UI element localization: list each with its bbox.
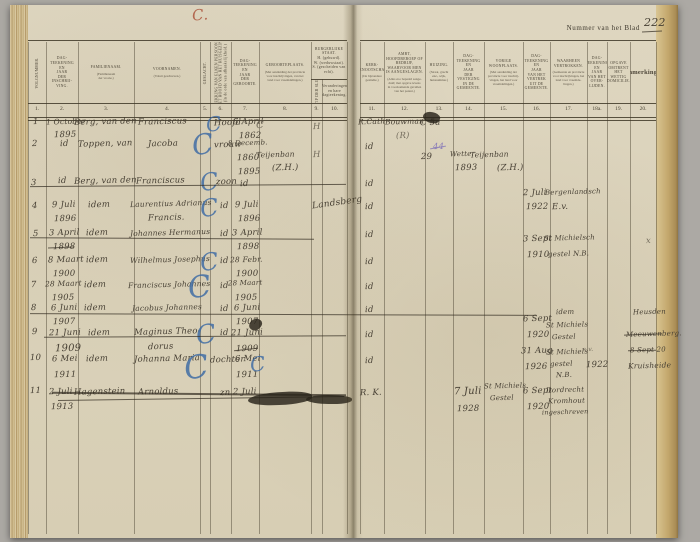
handwriting-text: 8 Decemb. <box>228 138 268 147</box>
handwriting-text: 1922 <box>526 202 549 213</box>
handwriting-text: E.v. <box>552 202 568 212</box>
scan-surface: C. Nummer van het Blad 222 VOLGNUMMER.1.… <box>0 0 700 542</box>
column-header: FAMILIENAAM.(Familienaamder vrouw.) <box>78 42 134 103</box>
column-title-line: GEBOORTEPLAATS. <box>266 63 305 68</box>
column-subtitle-line: van het patent.) <box>394 89 414 93</box>
handwriting-text: id <box>58 176 67 186</box>
column-title-line: Aanmerkingen. <box>630 69 656 76</box>
column-number: 20. <box>630 104 656 118</box>
handwriting-text: id <box>365 282 374 292</box>
handwriting-text: 1922 <box>586 360 609 371</box>
handwriting-text: C <box>256 120 264 131</box>
handwriting-text: Toppen, van <box>78 138 133 149</box>
index-letter-handwritten: C. <box>191 5 209 24</box>
handwriting-text: id <box>365 257 374 267</box>
column-title-line: LIJDEN. <box>589 84 605 89</box>
handwriting-text: 1928 <box>457 404 480 415</box>
column-subtitle-line: gezindte.) <box>365 78 378 82</box>
handwriting-text: gestel N.B. <box>548 249 589 258</box>
column-header: DAG-TEEKENINGENJAARDERINSCHRIJ-VING. <box>46 42 78 103</box>
ink-blot <box>306 394 352 405</box>
handwriting-text: Teijenban <box>256 149 295 159</box>
column-title-line: GENOOTSCHAP. <box>360 68 384 73</box>
column-subtitle-line: vreemdelingen.) <box>493 82 515 86</box>
column-subtitle-line: (Voluit geschreven.) <box>154 74 181 78</box>
handwriting-text: 1905 <box>235 293 258 304</box>
handwriting-text: 6 <box>32 256 38 266</box>
strike-through-mark <box>30 313 536 316</box>
group-header-line: BURGERLIJKE STAAT. <box>311 47 347 56</box>
column-header: Veranderingenen haredagteekening. <box>322 79 347 103</box>
column-header: GEBOORTEPLAATS.(Met aanduiding der provi… <box>259 42 311 103</box>
handwriting-text: ingeschreven <box>542 407 589 416</box>
handwriting-text: Bergenlandsch <box>545 187 601 196</box>
handwriting-text: Berg, van den <box>74 116 137 128</box>
handwriting-text: Johannes Hermanus <box>130 227 210 238</box>
handwriting-text: R.Cath <box>358 117 386 127</box>
column-header: BETREKKING VAN ELKEN PERSOON TOTHET HOOF… <box>210 42 231 103</box>
handwriting-text: 6 Juni <box>234 303 261 314</box>
handwriting-text: St Michiels <box>546 347 588 356</box>
handwriting-text: 2 <box>32 139 38 149</box>
handwriting-text: id <box>365 230 374 240</box>
handwriting-text: St Michielsch <box>544 233 595 242</box>
handwriting-text: Gestel <box>552 333 576 342</box>
handwriting-text: 1 <box>33 117 39 127</box>
column-header: KERK-GENOOTSCHAP.(De bijzonderegezindte.… <box>360 42 384 103</box>
column-number: 10. <box>322 104 347 118</box>
column-title-line: dagteekening. <box>322 93 346 98</box>
handwriting-text: St Michiels <box>484 381 526 390</box>
column-subtitle-line: lingen.) <box>563 82 573 86</box>
handwriting-text: id <box>220 304 229 314</box>
scanned-register-spread: C. Nummer van het Blad 222 VOLGNUMMER.1.… <box>0 0 700 542</box>
handwriting-text: (Z.H.) <box>272 163 299 174</box>
handwriting-text: 28 Maart <box>228 279 263 288</box>
horizontal-rule-line <box>360 40 656 41</box>
column-header: DAG-TEEKENINGENJAARDERVESTIGINGIN DEGEME… <box>453 42 484 103</box>
handwriting-text: 7 Juli <box>454 386 482 398</box>
handwriting-text: 3 April <box>232 228 263 239</box>
handwriting-text: id <box>60 139 69 149</box>
column-header: DAG-TEEKENINGENJAARDERGEBOORTE. <box>231 42 259 103</box>
handwriting-text: idem <box>86 255 108 266</box>
column-title-line: GEMEENTE. <box>457 86 481 91</box>
handwriting-text: 1907 <box>53 317 76 328</box>
column-subtitle-line: huisnummer.) <box>430 78 448 82</box>
column-header: GESLACHT. <box>200 42 210 103</box>
column-title-line: GEBOORTE. <box>233 82 256 87</box>
handwriting-text: idem <box>88 200 110 211</box>
handwriting-text: id <box>365 356 374 366</box>
handwriting-text: idem <box>84 280 106 291</box>
sheet-number-label: Nummer van het Blad <box>540 24 640 32</box>
handwriting-text: Bouwman <box>385 116 424 126</box>
handwriting-text: Kromhout <box>548 397 585 406</box>
column-title-line: IS AANGESLAGEN. <box>386 70 423 75</box>
column-title-line: DOMICILIE. <box>607 79 630 84</box>
handwriting-text: id <box>365 179 374 189</box>
column-number: 8. <box>259 104 311 118</box>
column-title-line: VOLGNUMMER. <box>35 57 39 88</box>
handwriting-text: 1893 <box>455 163 478 174</box>
column-rule-line <box>322 79 323 534</box>
handwriting-text: 28 Febr. <box>230 255 263 265</box>
handwriting-text: Gestel <box>490 394 514 403</box>
handwriting-text: R. K. <box>360 388 382 399</box>
handwriting-text: 9 Juli <box>52 200 76 211</box>
column-number: 18a. <box>587 104 607 118</box>
handwriting-text: id <box>365 330 374 340</box>
blue-c-mark: C <box>186 269 214 307</box>
handwriting-text: 8 Maart <box>48 255 84 266</box>
handwriting-text: 11 <box>30 386 41 396</box>
column-title-line: FAMILIENAAM. <box>91 65 122 70</box>
handwriting-text: N.B. <box>556 371 572 379</box>
handwriting-text: 1911 <box>54 370 77 381</box>
handwriting-text: idem <box>86 354 108 365</box>
handwriting-text: 10 <box>30 353 41 363</box>
strike-through-mark <box>44 335 346 338</box>
column-title-line: GESLACHT. <box>203 61 207 84</box>
handwriting-text: 7 <box>31 280 37 290</box>
handwriting-text: 1896 <box>238 214 261 225</box>
group-header-line: S. (gescheiden van echt). <box>311 65 347 74</box>
column-rule-line <box>656 42 657 534</box>
handwriting-text: 4 <box>32 201 38 211</box>
handwriting-text: 6 Juni <box>51 303 78 314</box>
blue-c-mark: C <box>190 127 216 163</box>
column-header: Aanmerkingen. <box>630 42 656 103</box>
handwriting-text: id <box>220 201 229 211</box>
column-header: VORIGEWOONPLAATS.(Met aanduiding derprov… <box>484 42 523 103</box>
handwriting-text: (Z.H.) <box>497 163 524 174</box>
handwriting-text: Dordrecht <box>546 386 584 395</box>
handwriting-text: idem <box>84 303 106 314</box>
column-title-line: TIJDSTIP DER SLUITING. <box>314 79 318 103</box>
blue-c-mark: C <box>198 167 220 197</box>
handwriting-text: St Michiels <box>546 320 588 329</box>
blue-c-mark: C <box>198 193 220 223</box>
column-header: DAG-TEEKENINGENJAARVAN HETVERTREKUIT DEG… <box>523 42 550 103</box>
column-title-line: HUIZING. <box>430 63 449 68</box>
column-subtitle-line: der vrouw.) <box>98 76 113 80</box>
handwriting-text: 1926 <box>525 362 548 373</box>
handwriting-text: 1905 <box>52 293 75 304</box>
handwriting-text: 9 <box>32 327 38 337</box>
handwriting-text: 1898 <box>237 242 260 253</box>
handwriting-text: H <box>313 150 321 160</box>
column-header: TIJDSTIP DER SLUITING. <box>311 79 322 103</box>
handwriting-text: Kruisheide <box>628 360 671 370</box>
handwriting-text: 2 Juli <box>523 188 547 199</box>
handwriting-text: id <box>365 202 374 212</box>
handwriting-text: 1910 <box>527 250 550 261</box>
handwriting-text: id <box>365 142 374 152</box>
handwriting-text: Heusden <box>633 308 666 317</box>
column-header: OPGAVEOMTRENTHETWETTIGDOMICILIE. <box>607 42 630 103</box>
column-header: HUIZING.(Straat, grachtenz., wijk,huisnu… <box>425 42 453 103</box>
handwriting-text: 8 <box>31 303 37 313</box>
handwriting-text: Teijenban <box>470 149 509 159</box>
handwriting-text: 9 Juli <box>235 200 259 211</box>
group-header-burgerlijke-staat: BURGERLIJKE STAAT.H. (gehuwd).W. (weduws… <box>311 42 347 79</box>
handwriting-text: dorus <box>148 342 174 353</box>
column-number: 1. <box>28 104 46 118</box>
strike-through-mark <box>30 237 314 239</box>
column-title-line: (In de orde van afhankelijkheid.) <box>223 42 227 103</box>
handwriting-text: 1900 <box>53 269 76 280</box>
handwriting-text: 1920 <box>527 330 550 341</box>
column-header: VOLGNUMMER. <box>28 42 46 103</box>
column-number: 16. <box>523 104 550 118</box>
column-title-line: HET HOOFD VAN HET HUISGEZIN. <box>218 42 222 103</box>
handwriting-text: 1896 <box>54 214 77 225</box>
handwriting-text: id <box>220 256 229 266</box>
column-title-line: GEMEENTE. <box>525 86 549 91</box>
handwriting-text: Landsberg <box>312 195 363 212</box>
column-number: 17. <box>550 104 587 118</box>
handwriting-text: s.v. <box>583 346 594 353</box>
handwriting-text: 1895 <box>238 167 261 178</box>
strike-through-mark <box>642 30 662 32</box>
column-number: 15. <box>484 104 523 118</box>
column-title-line: VERTROKKEN. <box>554 64 583 69</box>
column-title-line: BETREKKING VAN ELKEN PERSOON TOT <box>214 42 218 103</box>
column-header: WAARHEENVERTROKKEN.(Gemeente en provinci… <box>550 42 587 103</box>
column-rule-line <box>347 42 348 534</box>
column-header: DAG-TEEKENINGENJAARVAN HETOVER-LIJDEN. <box>587 42 607 103</box>
handwriting-text: 29 <box>421 152 432 162</box>
handwriting-text: H <box>313 122 321 132</box>
column-number: 19. <box>607 104 630 118</box>
handwriting-text: gestel <box>550 360 573 369</box>
handwriting-text: 1913 <box>51 402 74 413</box>
handwriting-text: 1900 <box>236 269 259 280</box>
handwriting-text: Francis. <box>148 213 185 224</box>
sheet-number-value: 222 <box>644 16 666 29</box>
column-header: VOORNAMEN.(Voluit geschreven.) <box>134 42 200 103</box>
column-header: AMBT,HOOFDBEROEP OFBEDRIJF,WAARVOOR MENI… <box>384 42 425 103</box>
column-title-line: VING. <box>56 84 68 89</box>
handwriting-text: 1909 <box>55 343 82 355</box>
handwriting-text: x <box>646 236 651 246</box>
column-subtitle-line: land voor vreemdelingen.) <box>268 78 303 82</box>
blue-c-mark: C <box>181 346 211 387</box>
horizontal-rule-line <box>28 40 347 41</box>
handwriting-text: 6 Mei <box>52 354 78 365</box>
handwriting-text: Franciscus <box>138 116 187 127</box>
blue-c-mark: C <box>248 351 267 377</box>
column-number: 14. <box>453 104 484 118</box>
handwriting-text: Jacoba <box>148 139 178 150</box>
handwriting-text: (R) <box>396 131 410 141</box>
column-title-line: VOORNAMEN. <box>153 67 181 72</box>
column-number: 9. <box>311 104 322 118</box>
column-title-line: WOONPLAATS. <box>489 64 518 69</box>
handwriting-text: idem <box>556 308 575 316</box>
handwriting-text: 28 Maart <box>45 279 82 289</box>
